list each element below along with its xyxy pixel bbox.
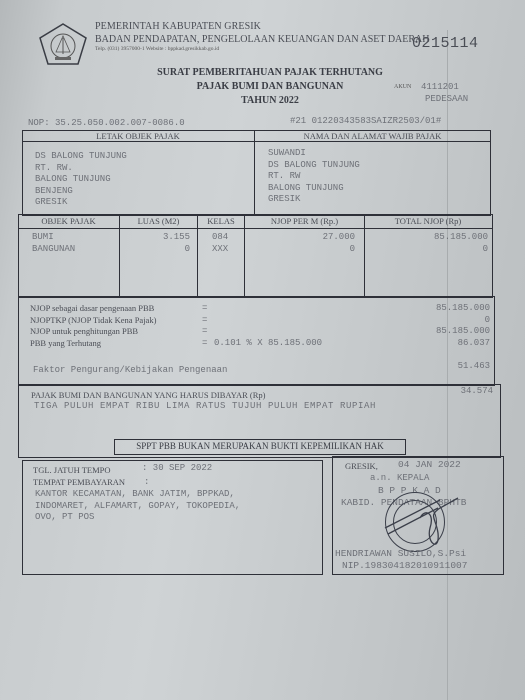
calc-row-njop-dasar: NJOP sebagai dasar pengenaan PBB = 85.18… bbox=[30, 303, 490, 315]
object-table bbox=[18, 214, 493, 298]
document-subtitle: PAJAK BUMI DAN BANGUNAN bbox=[120, 81, 420, 92]
nop-number: NOP: 35.25.050.002.007-0086.0 bbox=[28, 118, 185, 128]
signature-place: GRESIK, bbox=[345, 461, 378, 471]
document-number: 0215114 bbox=[412, 35, 479, 52]
address-line: DS BALONG TUNJUNG bbox=[35, 151, 127, 163]
njop-per-m-values: 27.000 0 bbox=[245, 232, 355, 255]
divider bbox=[197, 214, 198, 296]
reference-code: #21 01220343583SAIZR2503/01# bbox=[290, 116, 441, 126]
cell-njop-per-m: 27.000 bbox=[245, 232, 355, 244]
akun-value: 4111201 bbox=[421, 82, 459, 92]
divider bbox=[244, 214, 245, 296]
cell-luas: 0 bbox=[120, 244, 190, 256]
signatory-name: HENDRIAWAN SUSILO,S.Psi bbox=[335, 548, 466, 559]
taxpayer-address: SUWANDI DS BALONG TUNJUNG RT. RW BALONG … bbox=[268, 148, 360, 206]
total-njop-values: 85.185.000 0 bbox=[365, 232, 488, 255]
col-njop-per-m: NJOP PER M (Rp.) bbox=[245, 216, 364, 226]
col-luas: LUAS (M2) bbox=[120, 216, 197, 226]
payment-place-label: TEMPAT PEMBAYARAN bbox=[33, 477, 125, 487]
payable-in-words: TIGA PULUH EMPAT RIBU LIMA RATUS TUJUH P… bbox=[34, 401, 376, 411]
due-date-label: TGL. JATUH TEMPO bbox=[33, 465, 111, 475]
calculation-rows: NJOP sebagai dasar pengenaan PBB = 85.18… bbox=[30, 303, 490, 349]
divider bbox=[22, 141, 491, 142]
divider bbox=[254, 130, 255, 214]
taxpayer-heading: NAMA DAN ALAMAT WAJIB PAJAK bbox=[256, 131, 489, 141]
payable-amount: 34.574 bbox=[390, 386, 493, 396]
cell-total: 85.185.000 bbox=[365, 232, 488, 244]
calc-row-njoptkp: NJOPTKP (NJOP Tidak Kena Pajak) = 0 bbox=[30, 315, 490, 327]
org-agency-name: BADAN PENDAPATAN, PENGELOLAAN KEUANGAN D… bbox=[95, 34, 429, 45]
calc-row-pbb-terhutang: PBB yang Terhutang = 0.101 % X 85.185.00… bbox=[30, 338, 490, 350]
col-kelas: KELAS bbox=[198, 216, 244, 226]
divider bbox=[119, 214, 120, 296]
reduction-value: 51.463 bbox=[380, 361, 490, 371]
cell-kelas: 084 bbox=[212, 232, 228, 244]
payment-places: KANTOR KECAMATAN, BANK JATIM, BPPKAD, IN… bbox=[35, 489, 240, 524]
akun-label: AKUN bbox=[394, 84, 411, 90]
address-line: RT. RW. bbox=[35, 163, 127, 175]
org-contact: Telp. (031) 3957000-1 Website : bppkad.g… bbox=[95, 46, 219, 52]
payment-places-line: KANTOR KECAMATAN, BANK JATIM, BPPKAD, bbox=[35, 489, 240, 501]
cell-luas: 3.155 bbox=[120, 232, 190, 244]
payable-label: PAJAK BUMI DAN BANGUNAN YANG HARUS DIBAY… bbox=[31, 390, 266, 400]
table-row: BUMI BANGUNAN bbox=[32, 232, 75, 255]
address-line: BENJENG bbox=[35, 186, 127, 198]
address-line: RT. RW bbox=[268, 171, 360, 183]
calc-row-njop-penghitungan: NJOP untuk penghitungan PBB = 85.185.000 bbox=[30, 326, 490, 338]
cell-total: 0 bbox=[365, 244, 488, 256]
payment-place-colon: : bbox=[144, 477, 149, 487]
signature-date: 04 JAN 2022 bbox=[398, 459, 461, 470]
divider bbox=[18, 228, 493, 229]
org-government-name: PEMERINTAH KABUPATEN GRESIK bbox=[95, 21, 261, 32]
address-line: BALONG TUNJUNG bbox=[35, 174, 127, 186]
document-year: TAHUN 2022 bbox=[120, 95, 420, 106]
payment-places-line: INDOMARET, ALFAMART, GOPAY, TOKOPEDIA, bbox=[35, 501, 240, 513]
akun-category: PEDESAAN bbox=[425, 94, 468, 104]
kelas-values: 084 XXX bbox=[212, 232, 228, 255]
cell-kelas: XXX bbox=[212, 244, 228, 256]
address-line: GRESIK bbox=[35, 197, 127, 209]
payment-places-line: OVO, PT POS bbox=[35, 512, 240, 524]
cell-objek: BANGUNAN bbox=[32, 244, 75, 256]
cell-njop-per-m: 0 bbox=[245, 244, 355, 256]
address-line: GRESIK bbox=[268, 194, 360, 206]
divider bbox=[364, 214, 365, 296]
object-location-address: DS BALONG TUNJUNG RT. RW. BALONG TUNJUNG… bbox=[35, 151, 127, 209]
regency-emblem-icon bbox=[38, 22, 88, 66]
signatory-nip: NIP.198304182010911007 bbox=[342, 560, 467, 571]
reduction-label: Faktor Pengurang/Kebijakan Pengenaan bbox=[33, 365, 227, 375]
col-total-njop: TOTAL NJOP (Rp) bbox=[365, 216, 491, 226]
ownership-notice: SPPT PBB BUKAN MERUPAKAN BUKTI KEPEMILIK… bbox=[114, 441, 406, 451]
signature-on-behalf: a.n. KEPALA bbox=[370, 473, 429, 483]
cell-objek: BUMI bbox=[32, 232, 75, 244]
address-line: DS BALONG TUNJUNG bbox=[268, 160, 360, 172]
document-title: SURAT PEMBERITAHUAN PAJAK TERHUTANG bbox=[120, 67, 420, 78]
col-objek-pajak: OBJEK PAJAK bbox=[18, 216, 119, 226]
address-line: BALONG TUNJUNG bbox=[268, 183, 360, 195]
luas-values: 3.155 0 bbox=[120, 232, 190, 255]
due-date-value: : 30 SEP 2022 bbox=[142, 463, 212, 473]
object-location-heading: LETAK OBJEK PAJAK bbox=[22, 131, 254, 141]
taxpayer-name: SUWANDI bbox=[268, 148, 360, 160]
document-page: PEMERINTAH KABUPATEN GRESIK BADAN PENDAP… bbox=[0, 0, 525, 700]
